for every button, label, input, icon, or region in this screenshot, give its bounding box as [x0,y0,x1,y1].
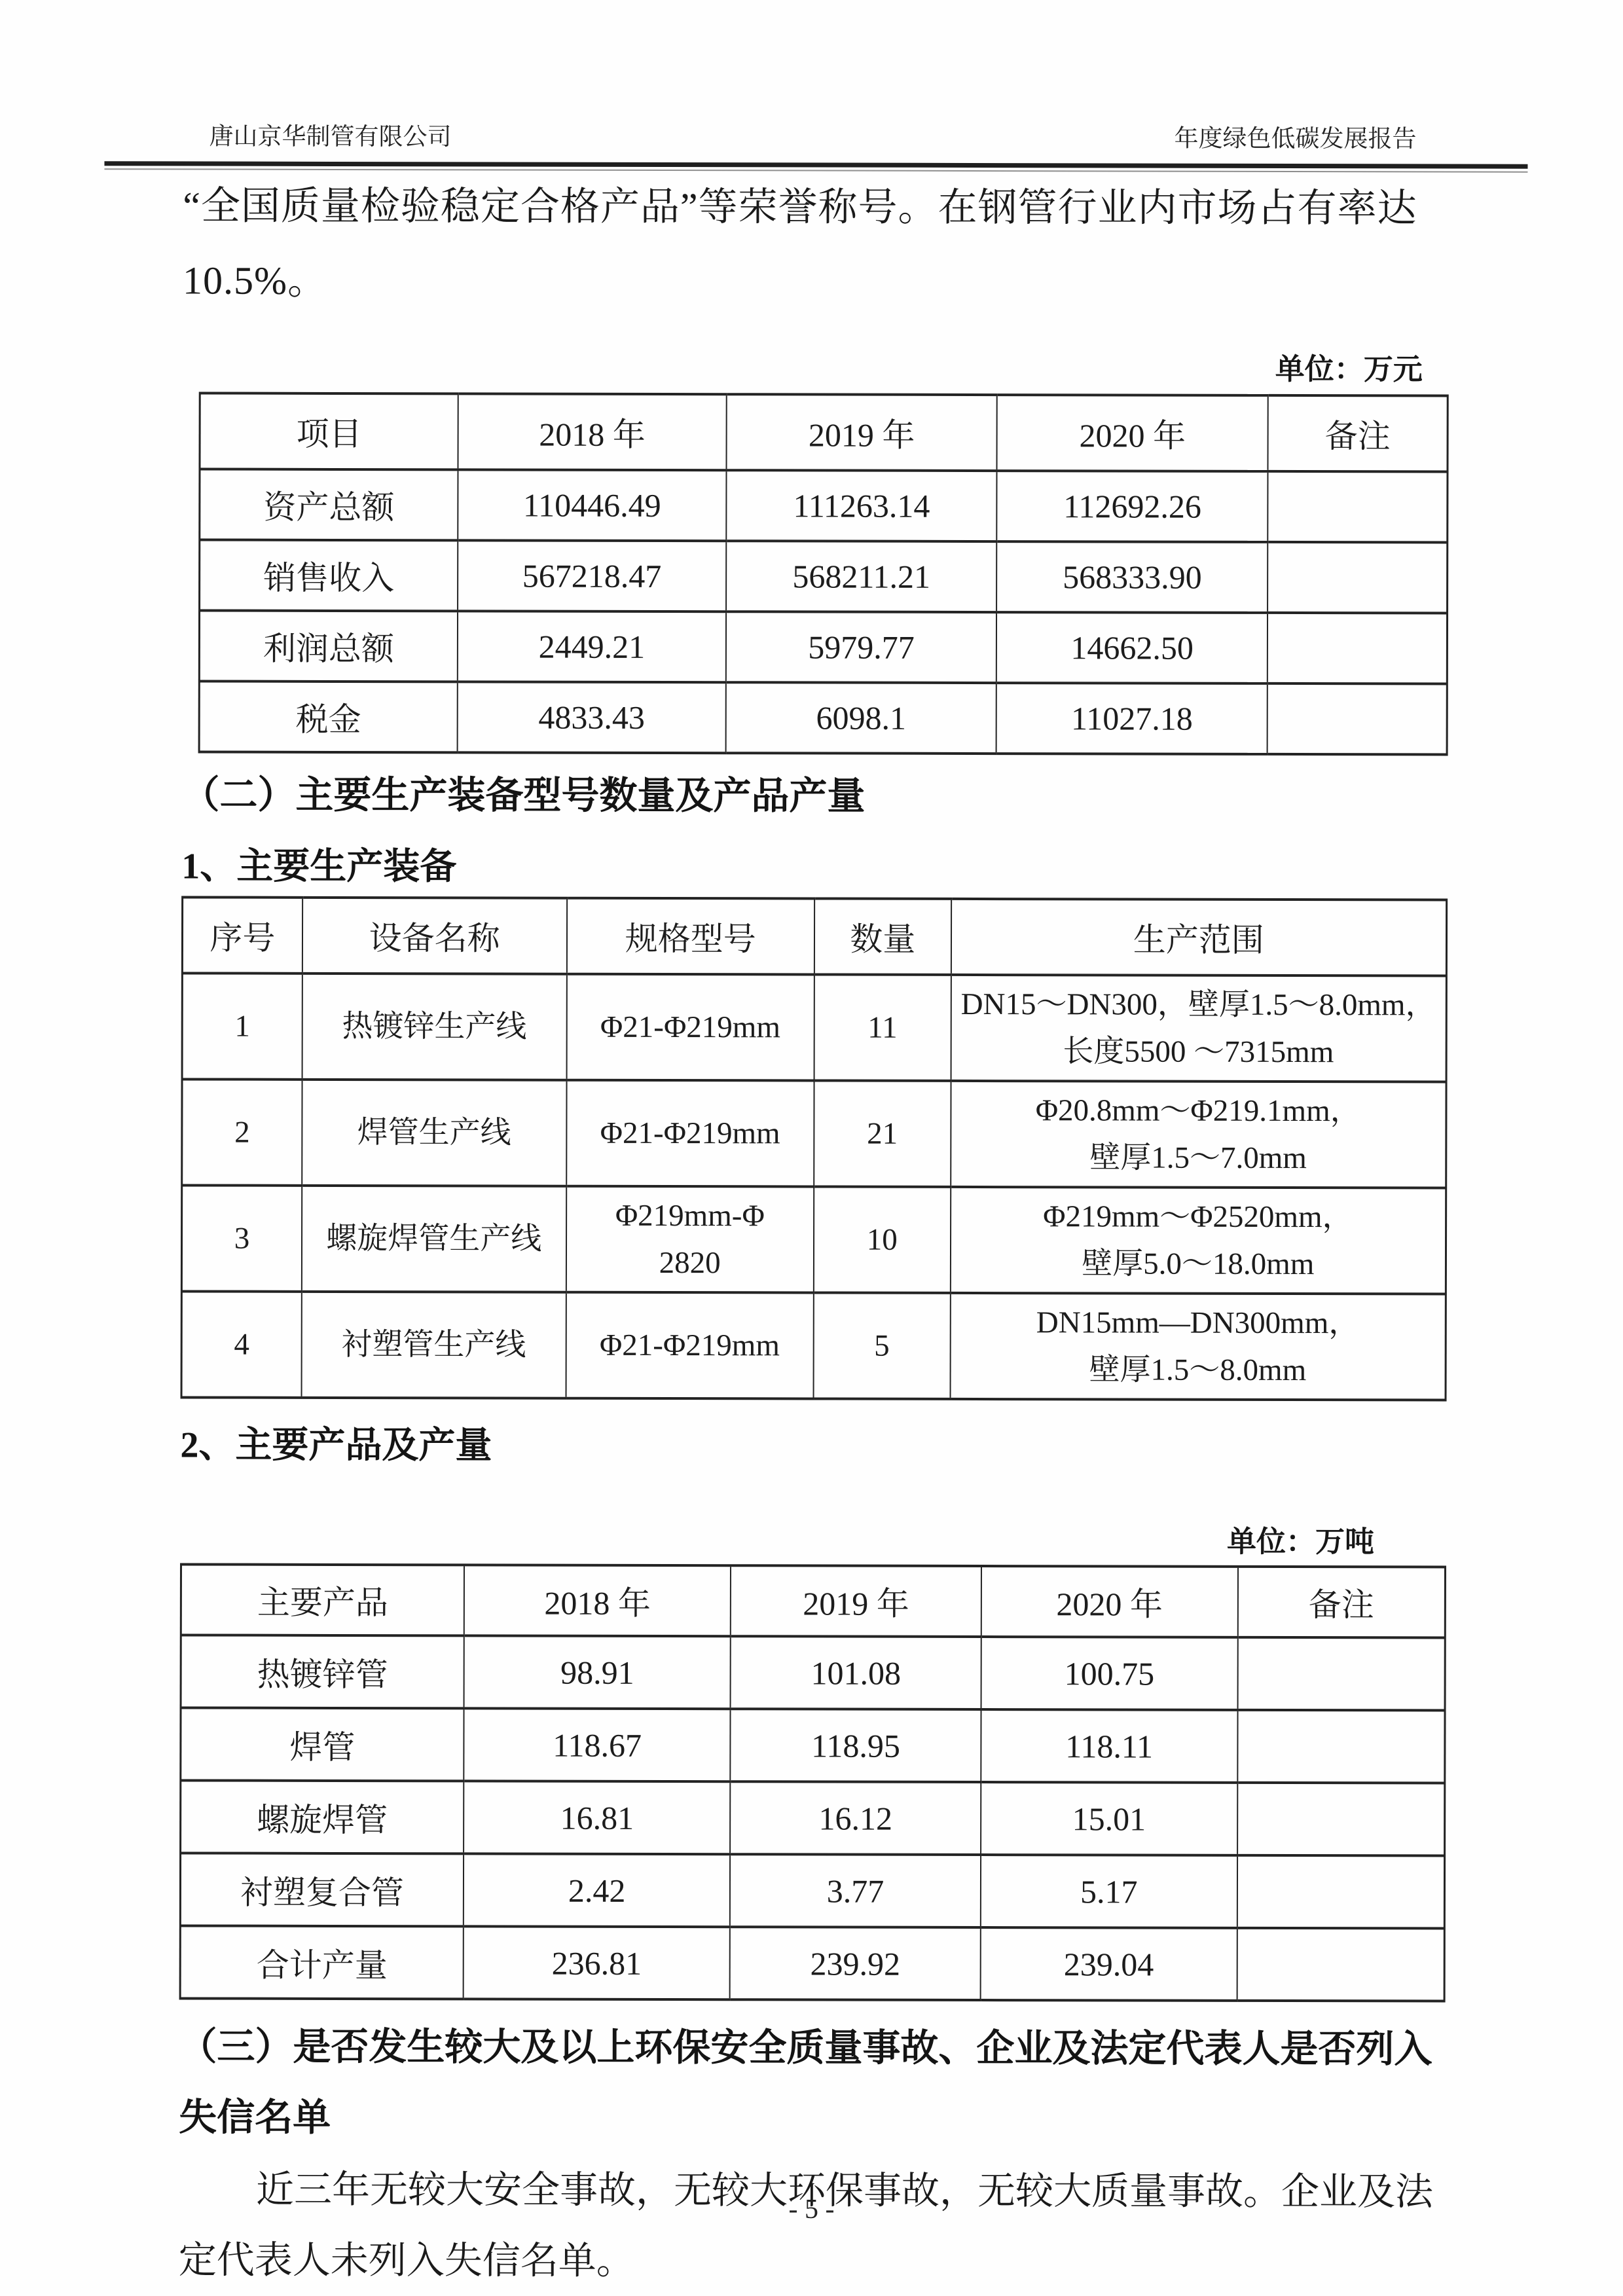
table-cell [1267,613,1448,684]
table-cell [1267,683,1448,755]
table-cell: 110446.49 [458,469,726,541]
financial-header-cell: 项目 [200,393,458,470]
table-cell [1237,1783,1445,1856]
products-header-cell: 主要产品 [181,1564,464,1635]
table-cell: 税金 [199,682,458,753]
products-row-total: 合计产量 236.81 239.92 239.04 [180,1925,1444,2001]
table-cell: Φ21-Φ219mm [566,1080,814,1187]
products-row-lined-composite: 衬塑复合管 2.42 3.77 5.17 [180,1853,1444,1928]
equipment-table: 序号 设备名称 规格型号 数量 生产范围 1 热镀锌生产线 Φ21-Φ219mm… [181,896,1448,1401]
subsection-equipment-heading: 1、主要生产装备 [181,846,1448,889]
document-page: 唐山京华制管有限公司 年度绿色低碳发展报告 “全国质量检验稳定合格产品”等荣誉称… [0,0,1623,2296]
table-cell: 3 [181,1185,302,1291]
table-cell: 2.42 [464,1853,731,1927]
products-header-cell: 2020 年 [981,1566,1238,1637]
page-header: 唐山京华制管有限公司 年度绿色低碳发展报告 [183,123,1450,153]
table-cell: Φ219mm～Φ2520mm， 壁厚5.0～18.0mm [950,1187,1446,1294]
table-cell: 11027.18 [996,683,1267,754]
products-header-row: 主要产品 2018 年 2019 年 2020 年 备注 [181,1564,1445,1637]
table-cell: 16.12 [731,1781,981,1855]
table-cell: 衬塑管生产线 [301,1292,566,1398]
equipment-row-plastic-lined: 4 衬塑管生产线 Φ21-Φ219mm 5 DN15mm—DN300mm， 壁厚… [181,1291,1446,1400]
header-rule [104,161,1527,173]
report-title: 年度绿色低碳发展报告 [1175,126,1417,154]
financial-header-cell: 2018 年 [458,393,727,470]
table-cell: 焊管生产线 [302,1080,566,1186]
section-2-heading: （二）主要生产装备型号数量及产品产量 [181,774,1448,818]
financial-header-row: 项目 2018 年 2019 年 2020 年 备注 [200,393,1448,472]
financial-row-tax: 税金 4833.43 6098.1 11027.18 [199,682,1447,755]
table-cell: 6098.1 [725,682,996,754]
products-row-galvanized: 热镀锌管 98.91 101.08 100.75 [181,1635,1445,1710]
table-cell: 3.77 [730,1854,981,1927]
table-cell: 14662.50 [996,612,1267,683]
table-cell: 销售收入 [200,540,458,611]
financial-header-cell: 2019 年 [726,394,997,471]
table-cell: 焊管 [181,1707,464,1781]
table-cell: 236.81 [464,1926,731,1999]
financial-header-cell: 备注 [1267,395,1448,472]
table-cell: Φ21-Φ219mm [566,974,814,1081]
unit-label-wandun: 单位：万吨 [180,1515,1446,1560]
equipment-header-row: 序号 设备名称 规格型号 数量 生产范围 [182,897,1446,975]
products-header-cell: 2018 年 [464,1565,731,1636]
equipment-row-welded-pipe: 2 焊管生产线 Φ21-Φ219mm 21 Φ20.8mm～Φ219.1mm， … [182,1079,1446,1188]
financial-row-assets: 资产总额 110446.49 111263.14 112692.26 [200,469,1448,543]
table-cell: DN15～DN300，壁厚1.5～8.0mm， 长度5500 ～7315mm [951,975,1446,1082]
table-cell: 2449.21 [458,611,726,682]
table-cell: Φ20.8mm～Φ219.1mm， 壁厚1.5～7.0mm [951,1081,1446,1188]
table-cell [1237,1710,1445,1783]
table-cell [1267,471,1448,543]
products-row-welded: 焊管 118.67 118.95 118.11 [181,1707,1445,1783]
page-number: - 5 - [0,2194,1623,2225]
table-cell: 5.17 [981,1855,1237,1928]
financial-row-sales: 销售收入 567218.47 568211.21 568333.90 [200,540,1448,613]
table-cell: 11 [814,974,951,1080]
table-cell: 118.67 [464,1708,731,1781]
financial-row-profit: 利润总额 2449.21 5979.77 14662.50 [199,611,1447,684]
equipment-row-spiral-pipe: 3 螺旋焊管生产线 Φ219mm-Φ 2820 10 Φ219mm～Φ2520m… [181,1185,1446,1294]
table-cell [1237,1855,1445,1929]
table-cell [1237,1928,1444,2001]
section-3-heading-line-1: （三）是否发生较大及以上环保安全质量事故、企业及法定代表人是否列入 [179,2026,1445,2070]
company-name: 唐山京华制管有限公司 [210,124,452,152]
products-table: 主要产品 2018 年 2019 年 2020 年 备注 热镀锌管 98.91 … [179,1563,1446,2002]
table-cell: DN15mm—DN300mm， 壁厚1.5～8.0mm [950,1293,1446,1400]
equipment-header-cell: 序号 [182,897,302,973]
table-cell: 101.08 [731,1636,981,1709]
section-3-heading-line-2: 失信名单 [179,2096,1445,2141]
financial-header-cell: 2020 年 [997,395,1268,471]
table-cell: Φ219mm-Φ 2820 [566,1186,814,1293]
products-header-cell: 备注 [1238,1567,1446,1638]
table-cell: 5979.77 [726,611,997,683]
table-cell: 1 [182,973,302,1079]
section-3-paragraph-line-2: 定代表人未列入失信名单。 [179,2239,1445,2284]
equipment-header-cell: 设备名称 [302,898,567,974]
equipment-header-cell: 数量 [814,898,951,974]
table-cell [1237,1637,1445,1711]
table-cell: 热镀锌管 [181,1635,464,1708]
table-cell: 15.01 [981,1782,1237,1855]
table-cell [1267,542,1448,613]
table-cell: Φ21-Φ219mm [566,1292,814,1399]
table-cell: 4833.43 [458,682,726,753]
table-cell: 568333.90 [996,541,1267,613]
table-cell: 16.81 [464,1781,731,1854]
table-cell: 5 [814,1292,951,1398]
equipment-header-cell: 生产范围 [951,899,1446,976]
products-header-cell: 2019 年 [731,1565,981,1637]
table-cell: 衬塑复合管 [180,1853,464,1926]
page-content: 唐山京华制管有限公司 年度绿色低碳发展报告 “全国质量检验稳定合格产品”等荣誉称… [0,0,1623,2284]
table-cell: 4 [181,1291,302,1397]
table-cell: 21 [814,1080,951,1186]
table-cell: 资产总额 [200,469,458,541]
equipment-row-galvanizing: 1 热镀锌生产线 Φ21-Φ219mm 11 DN15～DN300，壁厚1.5～… [182,973,1446,1082]
header-rule-thick-line [104,161,1527,169]
table-cell: 111263.14 [726,470,997,541]
table-cell: 112692.26 [997,471,1268,542]
table-cell: 567218.47 [458,540,726,611]
unit-label-wanyuan: 单位：万元 [183,342,1449,388]
table-cell: 螺旋焊管 [181,1780,464,1853]
table-cell: 118.95 [731,1709,981,1782]
table-cell: 239.04 [980,1927,1237,2001]
table-cell: 98.91 [464,1635,731,1709]
table-cell: 螺旋焊管生产线 [302,1186,566,1292]
table-cell: 2 [182,1079,302,1185]
table-cell: 利润总额 [199,611,458,682]
table-cell: 239.92 [730,1927,981,2000]
table-cell: 合计产量 [180,1925,464,1999]
table-cell: 100.75 [981,1637,1237,1710]
financial-table: 项目 2018 年 2019 年 2020 年 备注 资产总额 110446.4… [198,392,1449,756]
table-cell: 热镀锌生产线 [302,974,566,1080]
equipment-header-cell: 规格型号 [566,898,814,975]
intro-line-1: “全国质量检验稳定合格产品”等荣誉称号。在钢管行业内市场占有率达 [183,184,1449,230]
subsection-products-heading: 2、主要产品及产量 [180,1425,1446,1468]
products-row-spiral: 螺旋焊管 16.81 16.12 15.01 [181,1780,1445,1855]
table-cell: 118.11 [981,1709,1237,1783]
table-cell: 10 [814,1186,951,1292]
intro-line-2: 10.5%。 [183,259,1449,304]
table-cell: 568211.21 [726,541,997,612]
header-rule-thin-line [104,168,1527,173]
